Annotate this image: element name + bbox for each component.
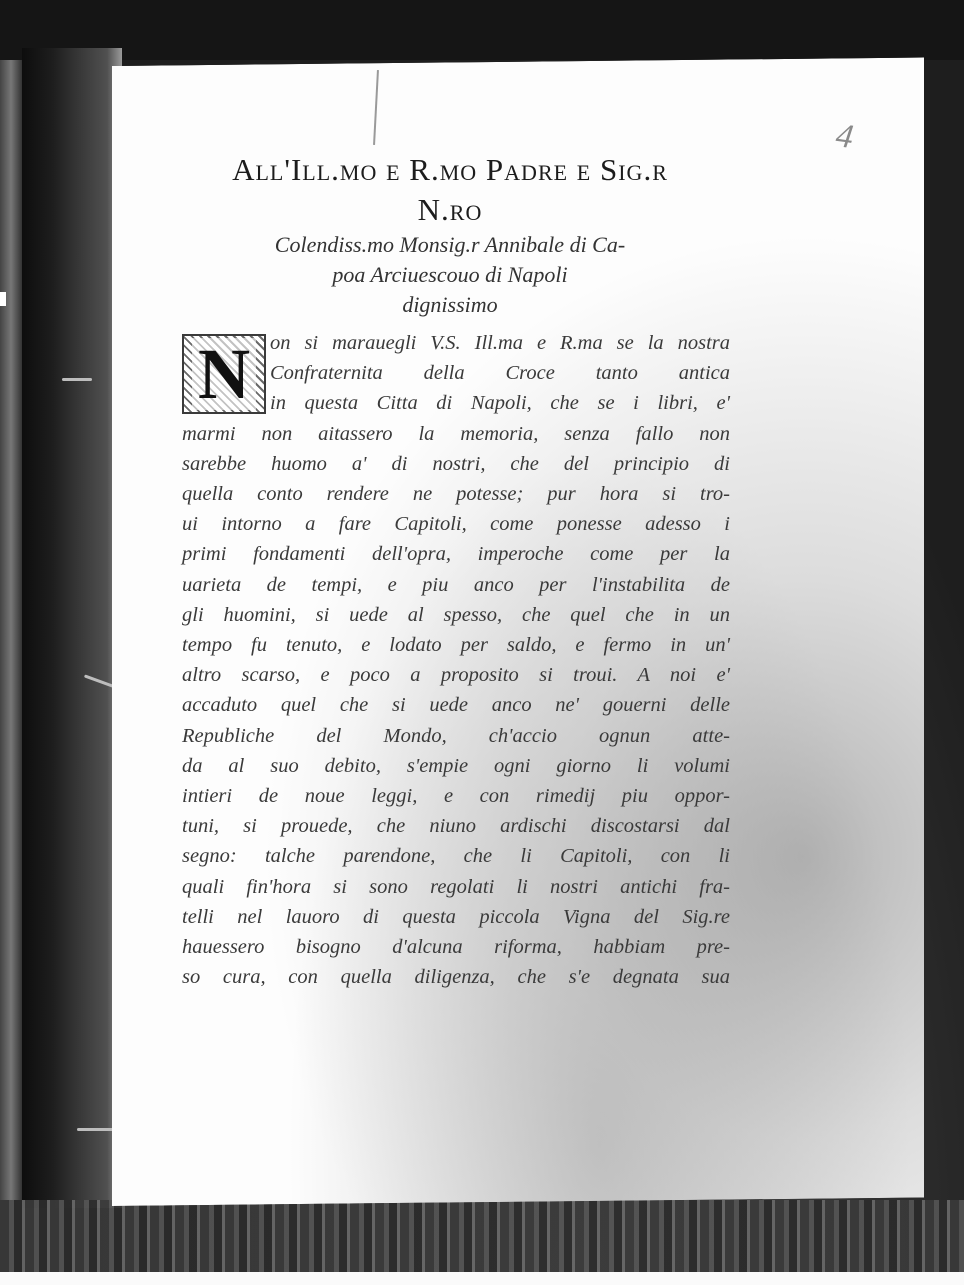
photo-background: 4 All'Ill.mo e R.mo Padre e Sig.r N.ro C…: [0, 0, 964, 1285]
text-line: telli nel lauoro di questa piccola Vigna…: [182, 902, 730, 932]
text-line: hauessero bisogno d'alcuna riforma, habb…: [182, 932, 730, 962]
binding-thread: [77, 1128, 117, 1131]
dedication-title: All'Ill.mo e R.mo Padre e Sig.r N.ro: [205, 150, 695, 230]
text-line: marmi non aitassero la memoria, senza fa…: [182, 419, 730, 449]
table-surface: [0, 1200, 964, 1272]
adjacent-book-edge: [0, 60, 22, 1200]
text-line: gli huomini, si uede al spesso, che quel…: [182, 600, 730, 630]
text-line: sarebbe huomo a' di nostri, che del prin…: [182, 449, 730, 479]
text-line: accaduto quel che si uede anco ne' gouer…: [182, 690, 730, 720]
text-line: intieri de noue leggi, e con rimedij piu…: [182, 781, 730, 811]
book-label-tag: [0, 292, 6, 306]
text-line: ui intorno a fare Capitoli, come ponesse…: [182, 509, 730, 539]
text-line: primi fondamenti dell'opra, imperoche co…: [182, 539, 730, 569]
text-line: tempo fu tenuto, e lodato per saldo, e f…: [182, 630, 730, 660]
text-line: quali fin'hora si sono regolati li nostr…: [182, 872, 730, 902]
text-line: in questa Citta di Napoli, che se i libr…: [182, 388, 730, 418]
image-border-bottom: [0, 1272, 964, 1285]
binding-thread: [62, 378, 92, 381]
dark-background-top: [0, 0, 964, 60]
text-line: uarieta de tempi, e piu anco per l'insta…: [182, 570, 730, 600]
dedication-line: Colendiss.mo Monsig.r Annibale di Ca-: [205, 230, 695, 260]
text-line: da al suo debito, s'empie ogni giorno li…: [182, 751, 730, 781]
text-line: so cura, con quella diligenza, che s'e d…: [182, 962, 730, 992]
text-line: Confraternita della Croce tanto antica: [182, 358, 730, 388]
text-line: altro scarso, e poco a proposito si trou…: [182, 660, 730, 690]
text-line: Republiche del Mondo, ch'accio ognun att…: [182, 721, 730, 751]
text-line: tuni, si prouede, che niuno ardischi dis…: [182, 811, 730, 841]
dedication-line: dignissimo: [205, 290, 695, 320]
text-line: on si marauegli V.S. Ill.ma e R.ma se la…: [182, 328, 730, 358]
body-text: on si marauegli V.S. Ill.ma e R.ma se la…: [182, 328, 730, 992]
text-line: segno: talche parendone, che li Capitoli…: [182, 841, 730, 871]
dedication-heading: All'Ill.mo e R.mo Padre e Sig.r N.ro Col…: [205, 150, 695, 320]
book-spine-binding: [22, 48, 122, 1208]
text-line: quella conto rendere ne potesse; pur hor…: [182, 479, 730, 509]
dedication-line: poa Arciuescouo di Napoli: [205, 260, 695, 290]
